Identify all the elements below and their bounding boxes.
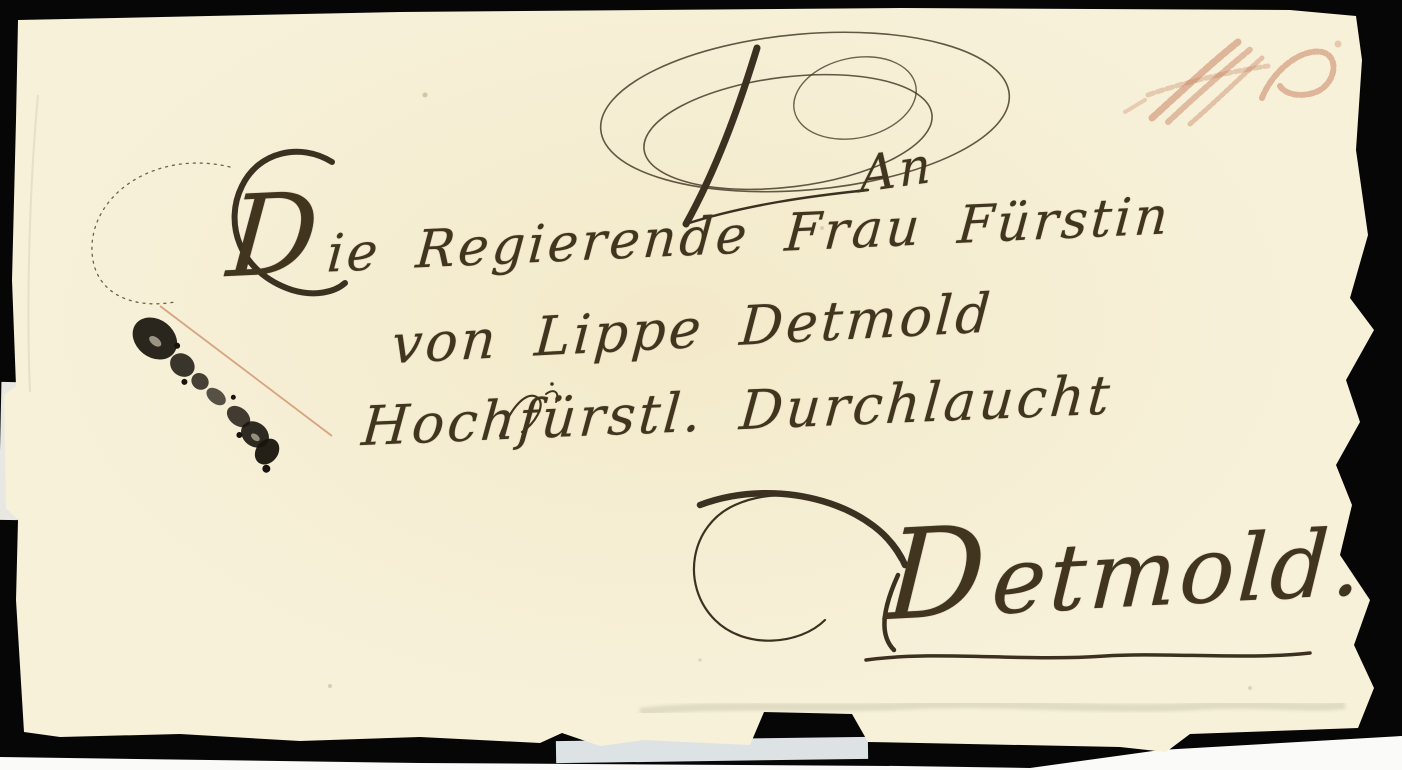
- destination-text: Detmold.: [883, 503, 1367, 635]
- photo-backdrop: An Die Regierende Frau Fürstin von Lippe…: [0, 0, 1402, 770]
